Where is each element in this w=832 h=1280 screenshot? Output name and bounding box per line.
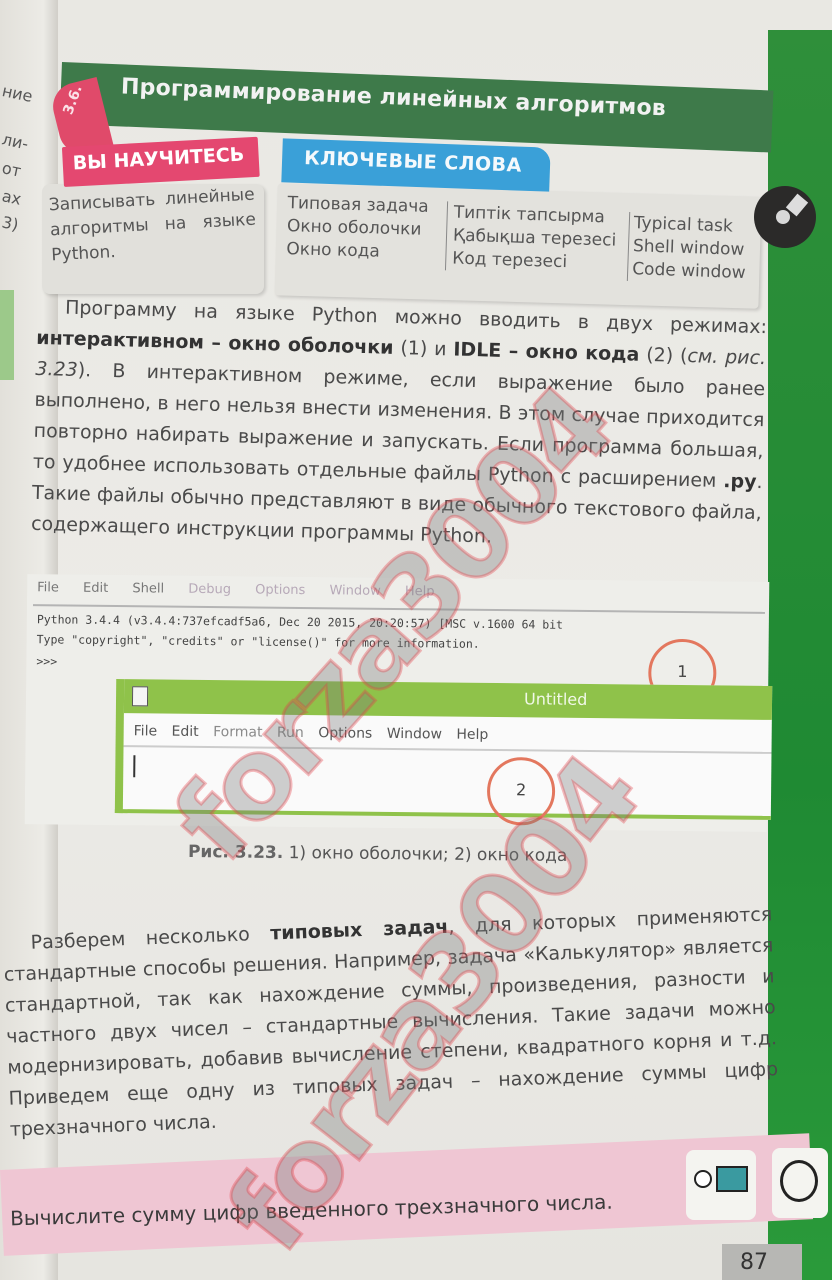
disc-icon: [754, 186, 816, 248]
editor-titlebar: Untitled: [124, 679, 772, 720]
smiley-face-icon: [772, 1148, 828, 1218]
prev-page-fragment: 3): [0, 213, 20, 235]
keywords-heading-tab: КЛЮЧЕВЫЕ СЛОВА: [281, 138, 550, 191]
document-icon: [132, 686, 148, 706]
editor-menu-edit: Edit: [171, 724, 198, 740]
text-cursor: [133, 755, 135, 777]
shell-prompt: >>>: [36, 654, 57, 668]
editor-title: Untitled: [524, 689, 587, 709]
page-number: 87: [740, 1250, 768, 1275]
prev-page-fragment: от: [0, 158, 23, 181]
learn-heading: ВЫ НАУЧИТЕСЬ: [72, 144, 245, 175]
keywords-kazakh: Типтік тапсырма Қабықша терезесі Код тер…: [445, 201, 617, 275]
keywords-heading: КЛЮЧЕВЫЕ СЛОВА: [304, 147, 522, 177]
shell-menu-options: Options: [255, 583, 305, 599]
shell-menu-shell: Shell: [132, 581, 164, 596]
shell-menu-file: File: [37, 580, 59, 595]
keyword: Окно кода: [286, 238, 428, 265]
learn-text: Записывать линейные алгоритмы на языке P…: [48, 183, 258, 269]
editor-menu-window: Window: [387, 726, 442, 743]
editor-menu-help: Help: [456, 727, 488, 743]
keywords-english: Typical task Shell window Code window: [627, 212, 748, 285]
prev-page-fragment: ли-: [0, 129, 30, 153]
shell-menu-debug: Debug: [188, 582, 231, 597]
keywords-russian: Типовая задача Окно оболочки Окно кода: [286, 192, 429, 265]
prev-page-fragment: ах: [0, 186, 23, 209]
keyword: Code window: [632, 258, 746, 285]
teacher-computer-icon: [686, 1150, 756, 1220]
prev-page-green-tab: [0, 290, 14, 380]
prev-page-fragment: ние: [0, 81, 34, 106]
shell-menu-edit: Edit: [83, 581, 108, 596]
editor-menu-file: File: [134, 723, 158, 739]
